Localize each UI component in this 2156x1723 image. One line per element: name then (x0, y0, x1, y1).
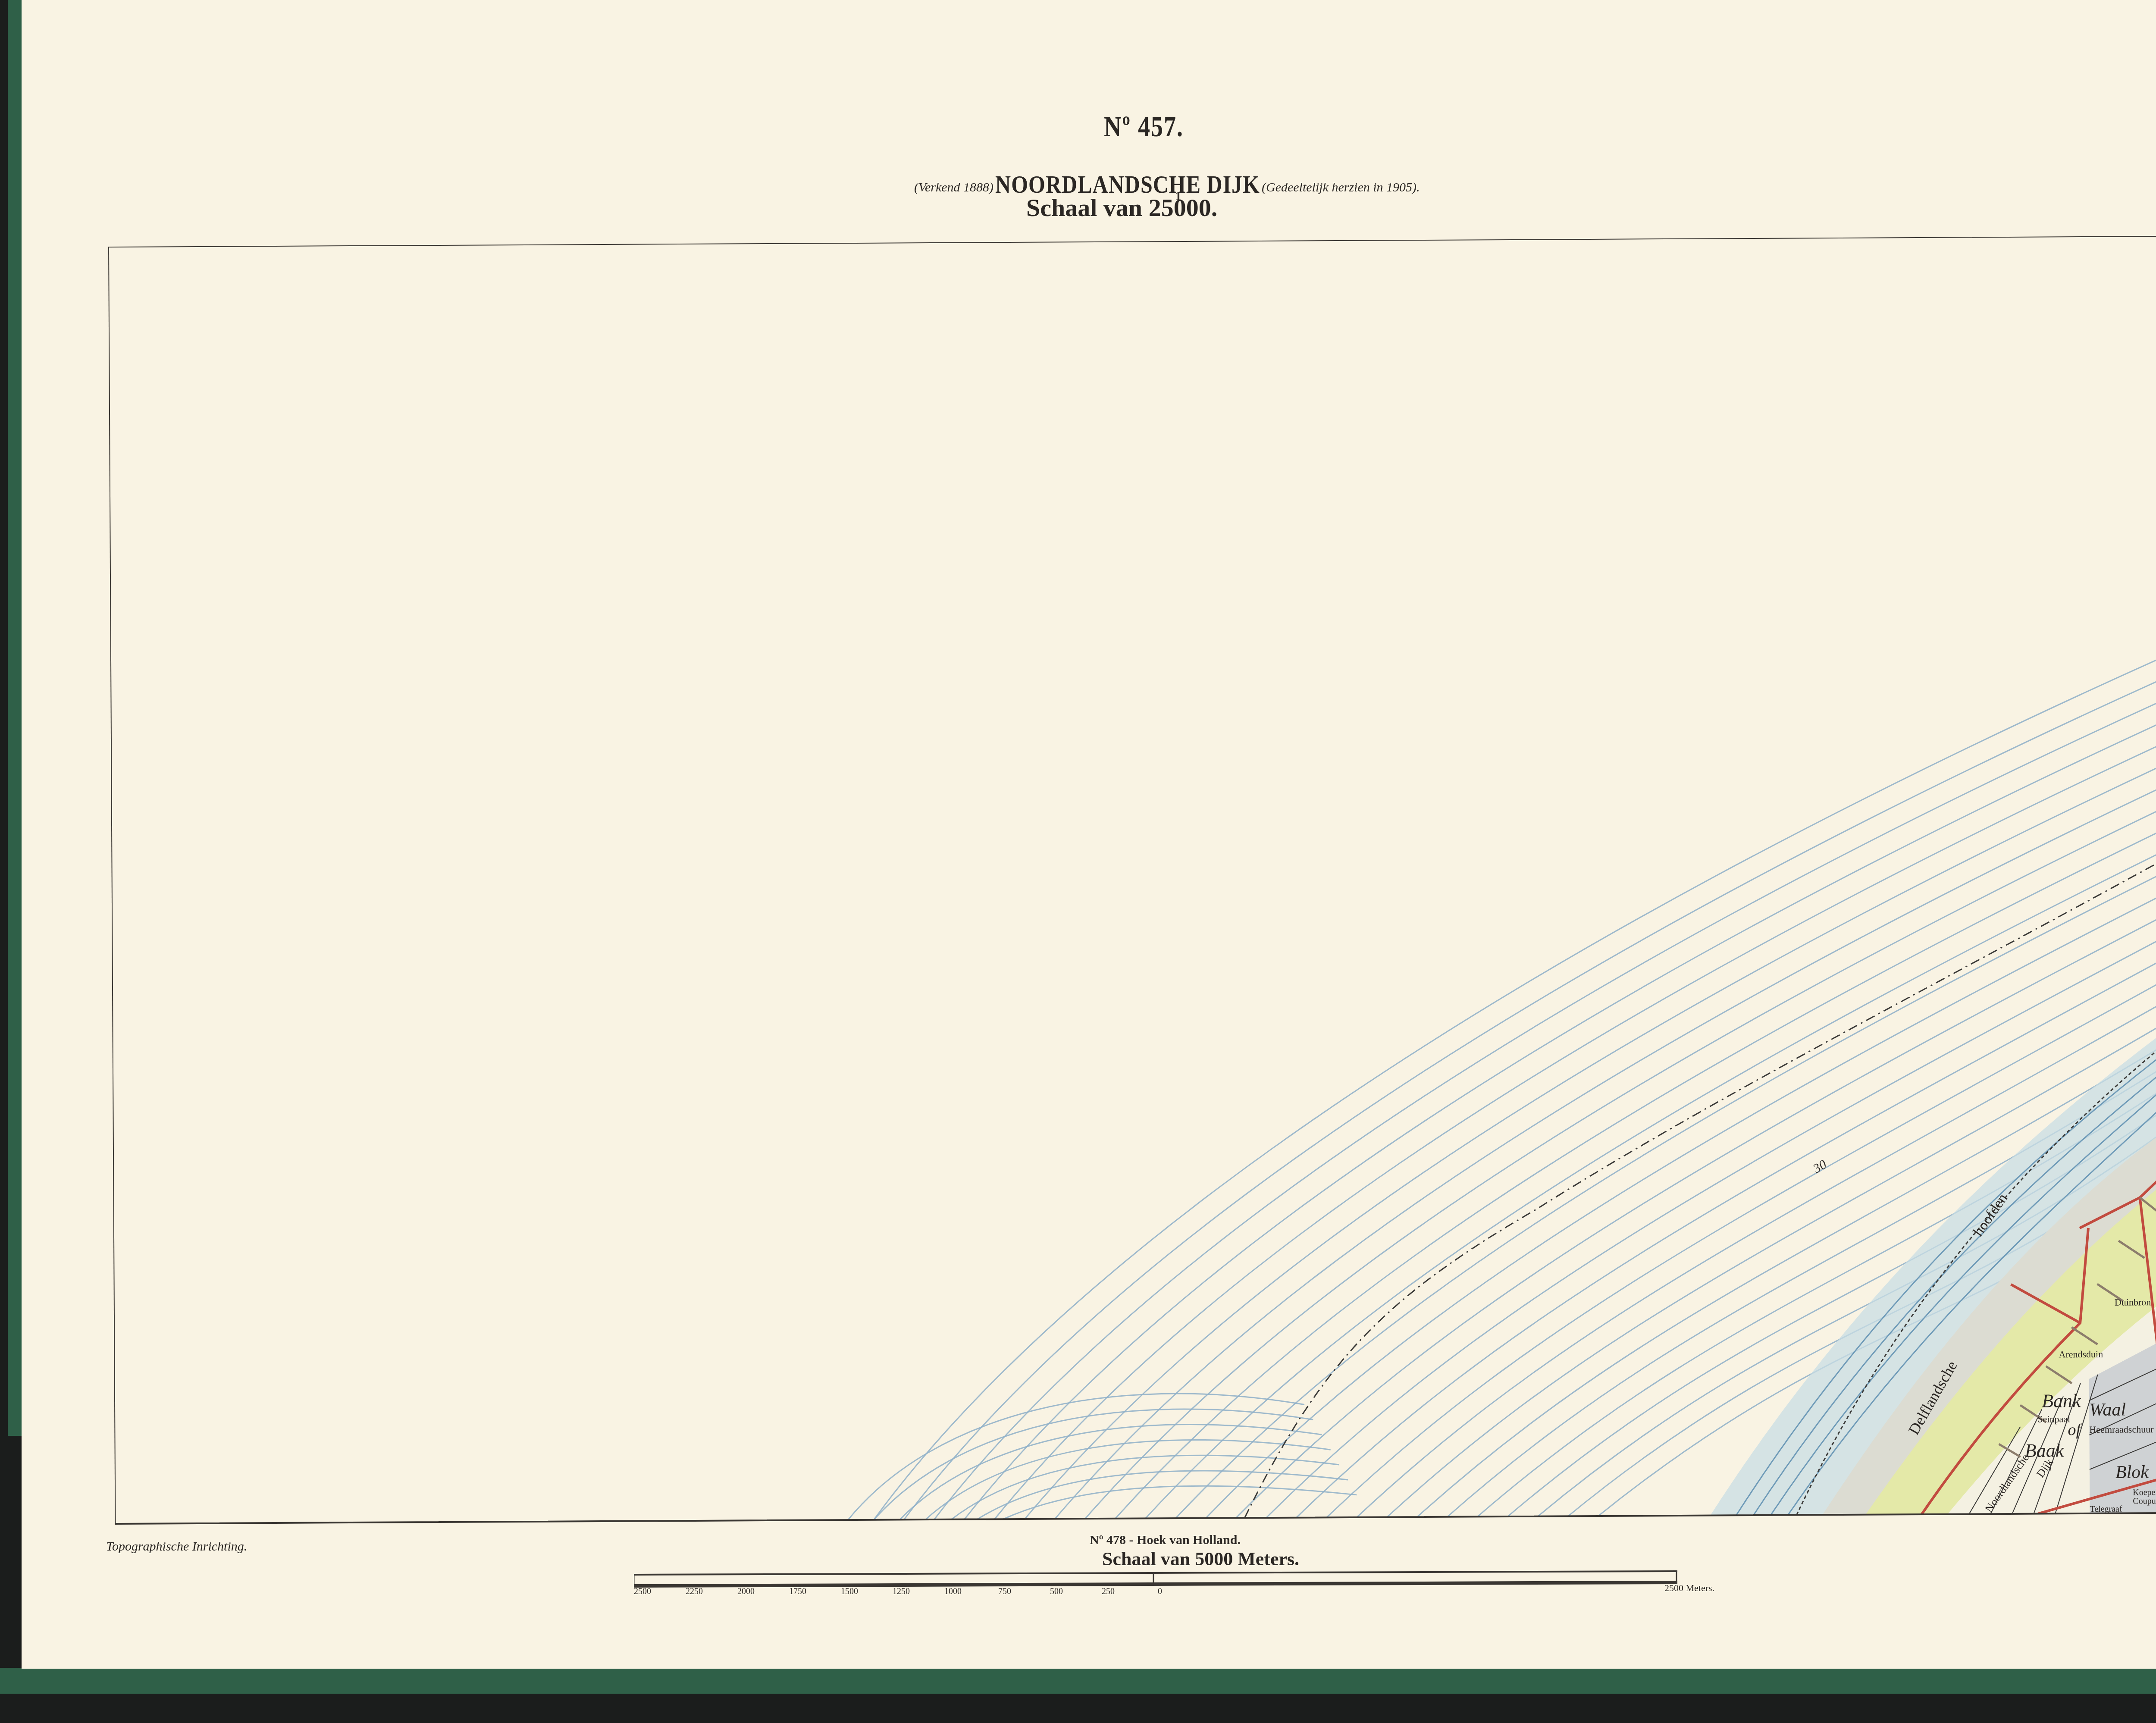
binding-bottom (0, 1668, 2156, 1694)
label-duinbron: Duinbron (2115, 1297, 2151, 1307)
map-scale-title: Schaal van 25000. (1026, 193, 1217, 222)
label-seinpaal: Seinpaal (2037, 1413, 2070, 1424)
scale-tick-750: 750 (998, 1587, 1011, 1597)
map-frame: 30 hoofden Delflandsche Bank Seinpaal of… (108, 236, 2156, 1524)
scale-tick-1000: 1000 (944, 1587, 962, 1597)
depth-label-30: 30 (1810, 1157, 1829, 1176)
sheet-number: Nº 457. (1104, 110, 1184, 144)
label-waal: Waal (2089, 1400, 2126, 1420)
label-bank: Bank (2042, 1390, 2081, 1411)
label-koepel: Koepel (2133, 1488, 2156, 1497)
label-heemraadschuur: Heemraadschuur (2089, 1424, 2154, 1435)
map-canvas: 30 hoofden Delflandsche Bank Seinpaal of… (108, 236, 2156, 1527)
revised-year: (Gedeeltelijk herzien in 1905). (1262, 180, 1420, 194)
binding-left (8, 0, 22, 1436)
scale-tick-250: 250 (1102, 1587, 1115, 1597)
label-blok: Blok (2115, 1462, 2150, 1482)
scale-tick-2000: 2000 (737, 1587, 755, 1597)
scale-tick-0: 0 (1158, 1587, 1162, 1597)
scale-tick-1250: 1250 (893, 1587, 910, 1597)
label-coupure: Coupure (2133, 1496, 2156, 1506)
publisher-credit: Topographische Inrichting. (106, 1539, 247, 1554)
scale-bar-end-label: 2500 Meters. (1664, 1582, 1714, 1594)
scale-tick-500: 500 (1050, 1587, 1063, 1597)
label-of: of (2068, 1421, 2082, 1439)
label-arendsduin: Arendsduin (2059, 1349, 2103, 1360)
adjacent-sheet-bottom: Nº 478 - Hoek van Holland. (1090, 1533, 1241, 1548)
surveyed-year: (Verkend 1888) (914, 180, 993, 194)
label-telegraaf: Telegraaf (2090, 1504, 2122, 1514)
scale-bar-title: Schaal van 5000 Meters. (1102, 1548, 1299, 1570)
scale-tick-1500: 1500 (841, 1587, 858, 1597)
scale-tick-2500: 2500 (634, 1587, 651, 1597)
scale-tick-1750: 1750 (789, 1587, 806, 1597)
scale-tick-2250: 2250 (686, 1587, 703, 1597)
